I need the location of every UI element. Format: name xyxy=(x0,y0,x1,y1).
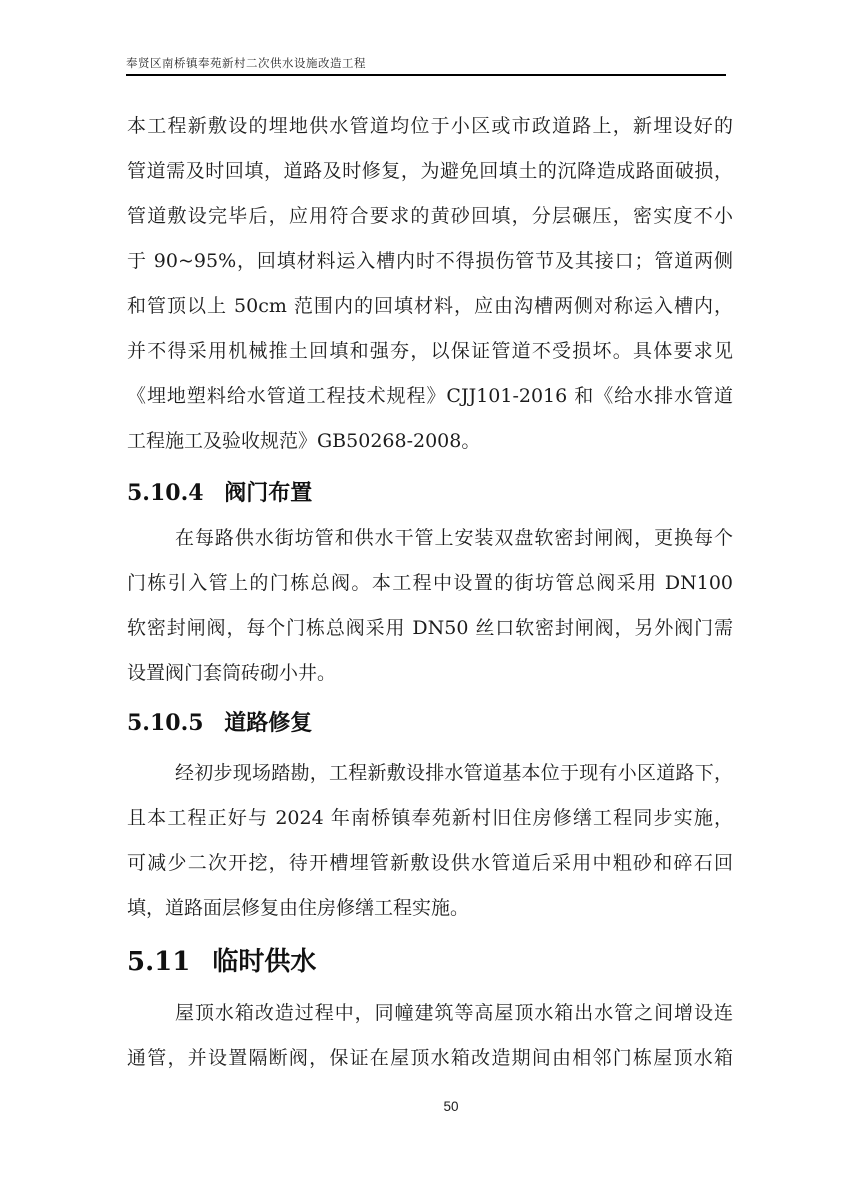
page-body: 本工程新敷设的埋地供水管道均位于小区或市政道路上，新埋设好的 管道需及时回填，道… xyxy=(127,104,733,1081)
text-line: 设置阀门套筒砖砌小井。 xyxy=(127,651,733,696)
running-header-title: 奉贤区南桥镇奉苑新村二次供水设施改造工程 xyxy=(126,55,366,71)
paragraph-temporary-water-supply: 屋顶水箱改造过程中，同幢建筑等高屋顶水箱出水管之间增设连 通管，并设置隔断阀，保… xyxy=(127,991,733,1081)
heading-number: 5.10.4 xyxy=(127,480,204,506)
document-page: 奉贤区南桥镇奉苑新村二次供水设施改造工程 本工程新敷设的埋地供水管道均位于小区或… xyxy=(0,0,849,1200)
text-line: 可减少二次开挖，待开槽埋管新敷设供水管道后采用中粗砂和碎石回 xyxy=(127,841,733,886)
text-line: 填，道路面层修复由住房修缮工程实施。 xyxy=(127,886,733,931)
page-number: 50 xyxy=(443,1099,458,1114)
heading-title: 阀门布置 xyxy=(224,480,312,506)
text-line: 且本工程正好与 2024 年南桥镇奉苑新村旧住房修缮工程同步实施， xyxy=(127,796,733,841)
heading-number: 5.10.5 xyxy=(127,710,204,736)
header-rule xyxy=(126,74,726,76)
text-line: 门栋引入管上的门栋总阀。本工程中设置的街坊管总阀采用 DN100 xyxy=(127,561,733,606)
text-line: 在每路供水街坊管和供水干管上安装双盘软密封闸阀，更换每个 xyxy=(127,516,733,561)
section-heading-5-10-5: 5.10.5 道路修复 xyxy=(127,701,733,746)
heading-title: 临时供水 xyxy=(212,947,316,977)
paragraph-intro: 本工程新敷设的埋地供水管道均位于小区或市政道路上，新埋设好的 管道需及时回填，道… xyxy=(127,104,733,464)
paragraph-valve-layout: 在每路供水街坊管和供水干管上安装双盘软密封闸阀，更换每个 门栋引入管上的门栋总阀… xyxy=(127,516,733,696)
text-line: 软密封闸阀，每个门栋总阀采用 DN50 丝口软密封闸阀，另外阀门需 xyxy=(127,606,733,651)
text-line: 通管，并设置隔断阀，保证在屋顶水箱改造期间由相邻门栋屋顶水箱 xyxy=(127,1036,733,1081)
text-line: 于 90~95%，回填材料运入槽内时不得损伤管节及其接口；管道两侧 xyxy=(127,239,733,284)
paragraph-road-repair: 经初步现场踏勘，工程新敷设排水管道基本位于现有小区道路下， 且本工程正好与 20… xyxy=(127,751,733,931)
text-line: 经初步现场踏勘，工程新敷设排水管道基本位于现有小区道路下， xyxy=(127,751,733,796)
text-line: 工程施工及验收规范》GB50268-2008。 xyxy=(127,419,733,464)
text-line: 屋顶水箱改造过程中，同幢建筑等高屋顶水箱出水管之间增设连 xyxy=(127,991,733,1036)
text-line: 管道敷设完毕后，应用符合要求的黄砂回填，分层碾压，密实度不小 xyxy=(127,194,733,239)
section-heading-5-10-4: 5.10.4 阀门布置 xyxy=(127,471,733,516)
heading-title: 道路修复 xyxy=(224,710,312,736)
section-heading-5-11: 5.11 临时供水 xyxy=(127,937,733,987)
heading-number: 5.11 xyxy=(127,947,190,977)
text-line: 并不得采用机械推土回填和强夯，以保证管道不受损坏。具体要求见 xyxy=(127,329,733,374)
text-line: 《埋地塑料给水管道工程技术规程》CJJ101-2016 和《给水排水管道 xyxy=(127,374,733,419)
text-line: 管道需及时回填，道路及时修复，为避免回填土的沉降造成路面破损， xyxy=(127,149,733,194)
text-line: 本工程新敷设的埋地供水管道均位于小区或市政道路上，新埋设好的 xyxy=(127,104,733,149)
text-line: 和管顶以上 50cm 范围内的回填材料，应由沟槽两侧对称运入槽内， xyxy=(127,284,733,329)
